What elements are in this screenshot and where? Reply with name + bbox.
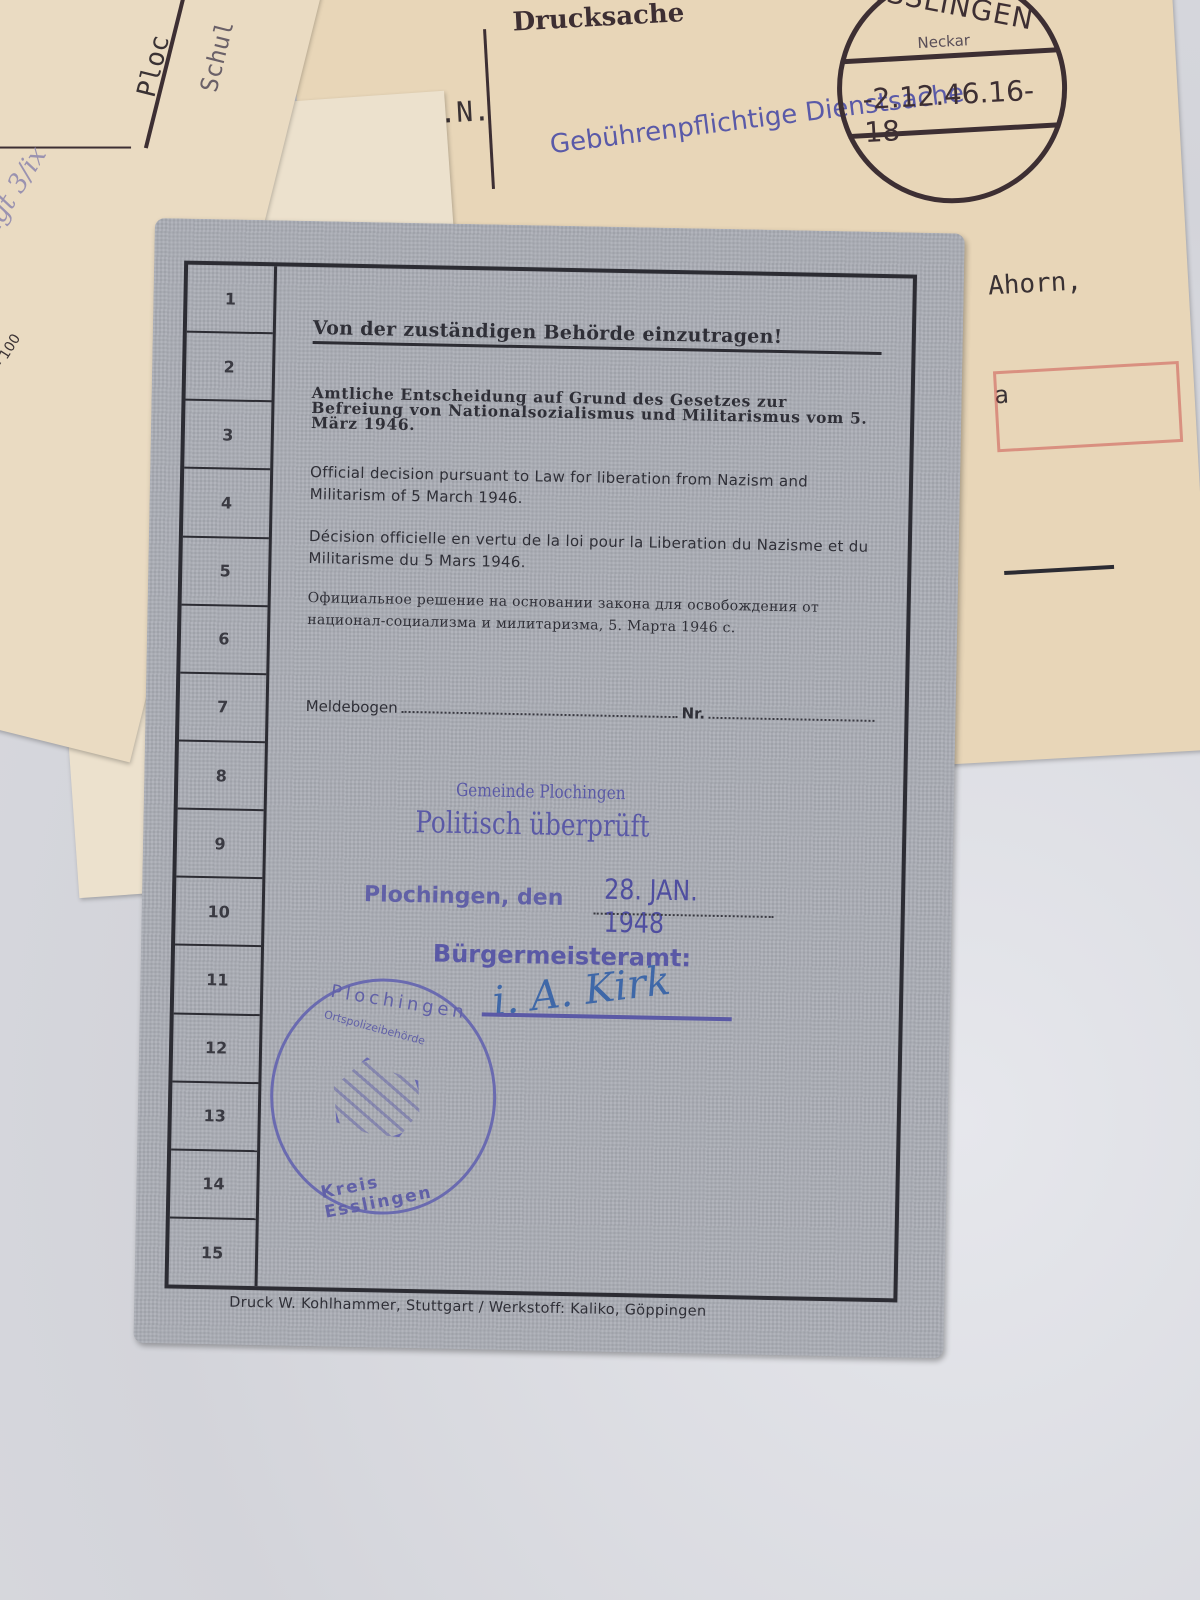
nr-field xyxy=(709,717,875,722)
stamp-date: 28. JAN. 1948 xyxy=(603,873,757,942)
row-number: 5 xyxy=(182,537,269,607)
drucksache-label: Drucksache xyxy=(512,0,685,38)
paragraph-french: Décision officielle en vertu de la loi p… xyxy=(308,525,878,580)
paragraph-german: Amtliche Entscheidung auf Grund des Gese… xyxy=(311,385,881,441)
upper-card-typed-2: Schul xyxy=(195,18,240,95)
row-number: 13 xyxy=(171,1082,258,1152)
meldebogen-row: Meldebogen Nr. xyxy=(305,697,874,726)
nr-label: Nr. xyxy=(681,704,705,722)
stamp-gemeinde: Gemeinde Plochingen xyxy=(456,780,626,804)
form-number: L. Nr. 13a - Mitteilg. - 100 xyxy=(0,331,24,491)
row-number: 15 xyxy=(169,1218,256,1286)
row-number: 4 xyxy=(183,469,270,539)
upper-card-line xyxy=(0,147,131,149)
paragraph-russian: Официальное решение на основании закона … xyxy=(307,587,877,642)
denazification-booklet: 1 2 3 4 5 6 7 8 9 10 11 12 13 14 15 Von … xyxy=(133,218,964,1358)
row-number: 6 xyxy=(180,605,267,675)
official-seal: Plochingen Ortspolizeibehörde Kreis Essl… xyxy=(268,976,498,1216)
stamp-politisch: Politisch überprüft xyxy=(415,805,650,844)
postmark-city: ESSLINGEN xyxy=(866,0,1037,37)
meldebogen-label: Meldebogen xyxy=(305,697,397,717)
row-number: 8 xyxy=(178,742,265,812)
row-number: 11 xyxy=(174,946,261,1016)
paragraph-english: Official decision pursuant to Law for li… xyxy=(310,461,880,516)
row-number: 1 xyxy=(187,265,274,335)
meldebogen-field xyxy=(402,711,678,718)
booklet-content: Von der zuständigen Behörde einzutragen!… xyxy=(287,267,883,1298)
envelope-typed-name: Ahorn, xyxy=(987,266,1082,301)
row-number: 7 xyxy=(179,673,266,743)
postmark-datetime: -2.12.46.16-18 xyxy=(862,72,1065,149)
seal-bottom-text: Kreis Esslingen xyxy=(319,1151,493,1222)
verification-stamp: Gemeinde Plochingen Politisch überprüft … xyxy=(296,777,873,788)
row-number: 10 xyxy=(175,878,262,948)
coat-of-arms-icon xyxy=(320,1044,434,1155)
place-date: Plochingen, den 28. JAN. 1948 xyxy=(364,868,785,916)
row-number: 3 xyxy=(184,401,271,471)
postmark-sub: Neckar xyxy=(917,31,970,52)
row-number: 14 xyxy=(170,1150,257,1220)
row-number: 2 xyxy=(185,333,272,403)
number-column: 1 2 3 4 5 6 7 8 9 10 11 12 13 14 15 xyxy=(169,265,278,1287)
booklet-frame: 1 2 3 4 5 6 7 8 9 10 11 12 13 14 15 Von … xyxy=(164,261,917,1303)
red-stamp xyxy=(993,361,1183,452)
printer-imprint: Druck W. Kohlhammer, Stuttgart / Werksto… xyxy=(229,1295,707,1320)
postmark: ESSLINGEN Neckar -2.12.46.16-18 xyxy=(831,0,1073,209)
envelope-rule xyxy=(1004,565,1114,575)
page-heading: Von der zuständigen Behörde einzutragen! xyxy=(313,317,882,355)
row-number: 12 xyxy=(172,1014,259,1084)
row-number: 9 xyxy=(176,810,263,880)
stamp-place: Plochingen, den xyxy=(364,882,564,911)
